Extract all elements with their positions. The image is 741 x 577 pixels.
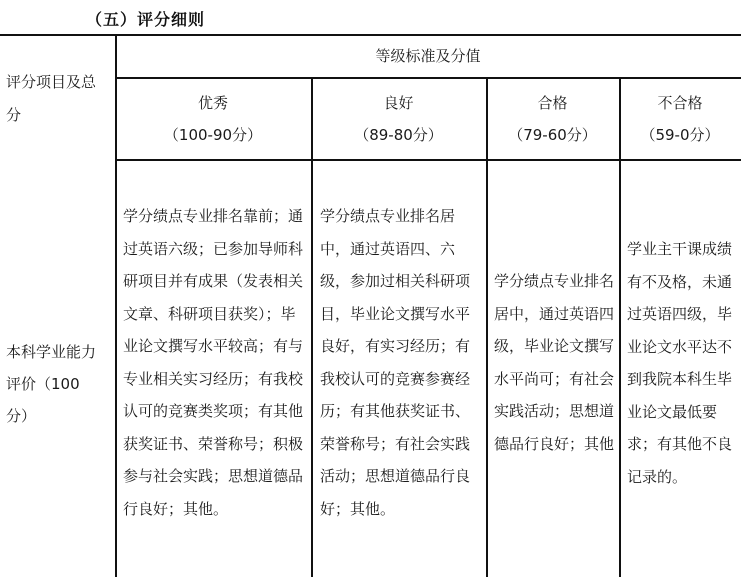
group-header: 等级标准及分值 bbox=[115, 40, 741, 72]
level-divider-3 bbox=[619, 77, 621, 577]
level-range: （89-80分） bbox=[311, 119, 486, 151]
level-name: 良好 bbox=[311, 87, 486, 119]
table-top-border bbox=[0, 34, 741, 36]
level-name: 合格 bbox=[486, 87, 619, 119]
level-name: 不合格 bbox=[619, 87, 741, 119]
level-header-excellent: 优秀 （100-90分） bbox=[115, 87, 311, 151]
criteria-fail: 学业主干课成绩有不及格，未通过英语四级，毕业论文水平达不到我院本科生毕业论文最低… bbox=[627, 233, 735, 493]
row-header-label: 评分项目及总分 bbox=[6, 66, 106, 132]
level-name: 优秀 bbox=[115, 87, 311, 119]
level-range: （59-0分） bbox=[619, 119, 741, 151]
level-range: （100-90分） bbox=[115, 119, 311, 151]
level-range: （79-60分） bbox=[486, 119, 619, 151]
level-divider-1 bbox=[311, 77, 313, 577]
row-item-label: 本科学业能力评价（100分） bbox=[6, 336, 102, 432]
criteria-pass: 学分绩点专业排名居中，通过英语四级，毕业论文撰写水平尚可；有社会实践活动；思想道… bbox=[494, 265, 616, 460]
level-header-good: 良好 （89-80分） bbox=[311, 87, 486, 151]
header-bottom-border bbox=[115, 159, 741, 161]
group-header-divider bbox=[115, 77, 741, 79]
section-title: （五）评分细则 bbox=[86, 7, 205, 30]
criteria-excellent: 学分绩点专业排名靠前；通过英语六级；已参加导师科研项目并有成果（发表相关文章、科… bbox=[123, 200, 305, 525]
level-divider-2 bbox=[486, 77, 488, 577]
level-header-fail: 不合格 （59-0分） bbox=[619, 87, 741, 151]
criteria-good: 学分绩点专业排名居中，通过英语四、六级，参加过相关科研项目，毕业论文撰写水平良好… bbox=[320, 200, 472, 525]
level-header-pass: 合格 （79-60分） bbox=[486, 87, 619, 151]
